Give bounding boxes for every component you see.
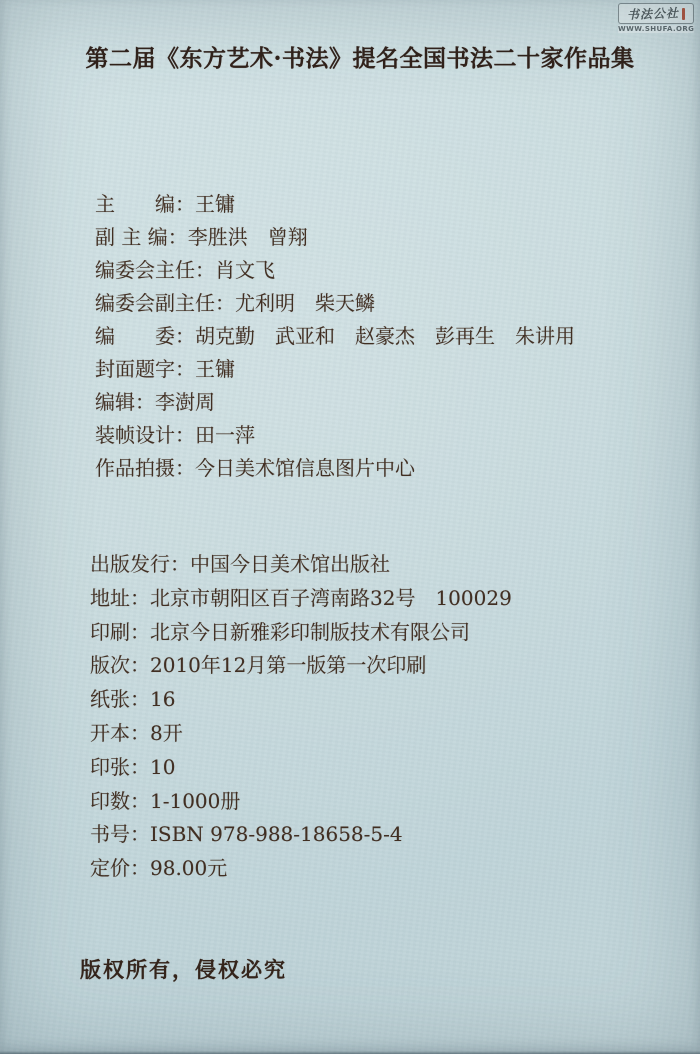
photo-vignette bbox=[0, 0, 700, 1054]
